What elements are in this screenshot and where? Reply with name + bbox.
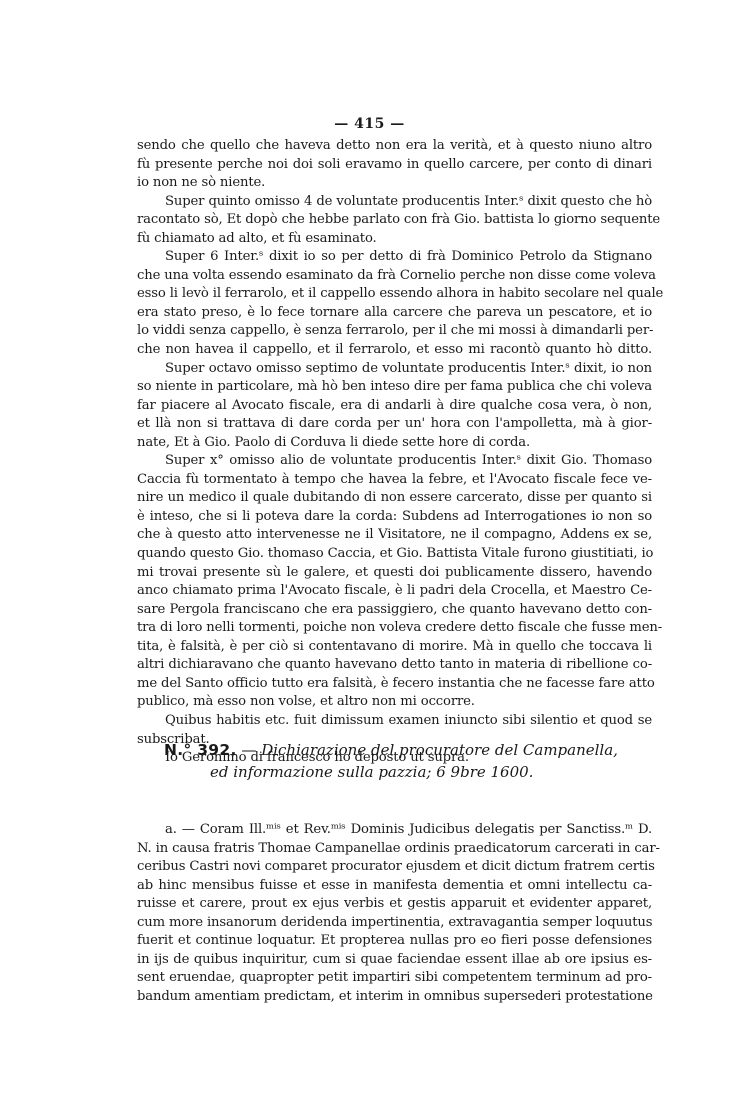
document-title-part-2: ed informazione sulla pazzia; 6 9bre 160…: [137, 761, 652, 783]
text-line: ruisse et carere, prout ex ejus verbis e…: [137, 895, 652, 914]
text-line: sare Pergola franciscano che era passigg…: [137, 601, 652, 620]
text-line: Super quinto omisso 4 de voluntate produ…: [137, 193, 652, 212]
document-title-part-1: — Dichiarazione del procuratore del Camp…: [237, 741, 618, 759]
text-line: che à questo atto intervenesse ne il Vis…: [137, 526, 652, 545]
text-line: ceribus Castri novi comparet procurator …: [137, 858, 652, 877]
document-heading: N.° 392. — Dichiarazione del procuratore…: [137, 739, 652, 783]
text-line: quando questo Gio. thomaso Caccia, et Gi…: [137, 545, 652, 564]
document-number: N.° 392.: [164, 741, 237, 759]
deposition-text: sendo che quello che haveva detto non er…: [137, 137, 652, 768]
text-line: far piacere al Avocato fiscale, era di a…: [137, 397, 652, 416]
text-line: Quibus habitis etc. fuit dimissum examen…: [137, 712, 652, 731]
text-line: et llà non si trattava di dare corda per…: [137, 415, 652, 434]
text-line: era stato preso, è lo fece tornare alla …: [137, 304, 652, 323]
text-line: Super x° omisso alio de voluntate produc…: [137, 452, 652, 471]
heading-line-1: N.° 392. — Dichiarazione del procuratore…: [137, 739, 652, 761]
text-line: me del Santo officio tutto era falsità, …: [137, 675, 652, 694]
text-line: N. in causa fratris Thomae Campanellae o…: [137, 840, 652, 859]
text-line: Caccia fù tormentato à tempo che havea l…: [137, 471, 652, 490]
text-line: io non ne sò niente.: [137, 174, 652, 193]
text-line: tita, è falsità, è per ciò si contentava…: [137, 638, 652, 657]
text-line: fù chiamato ad alto, et fù esaminato.: [137, 230, 652, 249]
text-line: bandum amentiam predictam, et interim in…: [137, 988, 652, 1007]
text-line: cum more insanorum deridenda impertinent…: [137, 914, 652, 933]
text-line: mi trovai presente sù le galere, et ques…: [137, 564, 652, 583]
declaration-text: a. — Coram Ill.ᵐⁱˢ et Rev.ᵐⁱˢ Dominis Ju…: [137, 821, 652, 1006]
text-line: che non havea il cappello, et il ferraro…: [137, 341, 652, 360]
text-line: è inteso, che si li poteva dare la corda…: [137, 508, 652, 527]
text-line: a. — Coram Ill.ᵐⁱˢ et Rev.ᵐⁱˢ Dominis Ju…: [137, 821, 652, 840]
page-number: — 415 —: [0, 116, 739, 132]
text-line: anco chiamato prima l'Avocato fiscale, è…: [137, 582, 652, 601]
text-line: esso li levò il ferrarolo, et il cappell…: [137, 285, 652, 304]
text-line: Super 6 Inter.ˢ dixit io so per detto di…: [137, 248, 652, 267]
text-line: nire un medico il quale dubitando di non…: [137, 489, 652, 508]
text-line: so niente in particolare, mà hò ben inte…: [137, 378, 652, 397]
text-line: nate, Et à Gio. Paolo di Corduva li died…: [137, 434, 652, 453]
text-line: Super octavo omisso septimo de voluntate…: [137, 360, 652, 379]
text-line: racontato sò, Et dopò che hebbe parlato …: [137, 211, 652, 230]
text-line: fù presente perche noi doi soli eravamo …: [137, 156, 652, 175]
text-line: ab hinc mensibus fuisse et esse in manif…: [137, 877, 652, 896]
document-page: — 415 — sendo che quello che haveva dett…: [0, 0, 739, 1109]
text-line: fuerit et continue loquatur. Et proptere…: [137, 932, 652, 951]
text-line: sent eruendae, quapropter petit impartir…: [137, 969, 652, 988]
text-line: sendo che quello che haveva detto non er…: [137, 137, 652, 156]
text-line: in ijs de quibus inquiritur, cum si quae…: [137, 951, 652, 970]
text-line: lo viddi senza cappello, è senza ferraro…: [137, 322, 652, 341]
text-line: tra di loro nelli tormenti, poiche non v…: [137, 619, 652, 638]
text-line: che una volta essendo esaminato da frà C…: [137, 267, 652, 286]
text-line: publico, mà esso non volse, et altro non…: [137, 693, 652, 712]
text-line: altri dichiaravano che quanto havevano d…: [137, 656, 652, 675]
